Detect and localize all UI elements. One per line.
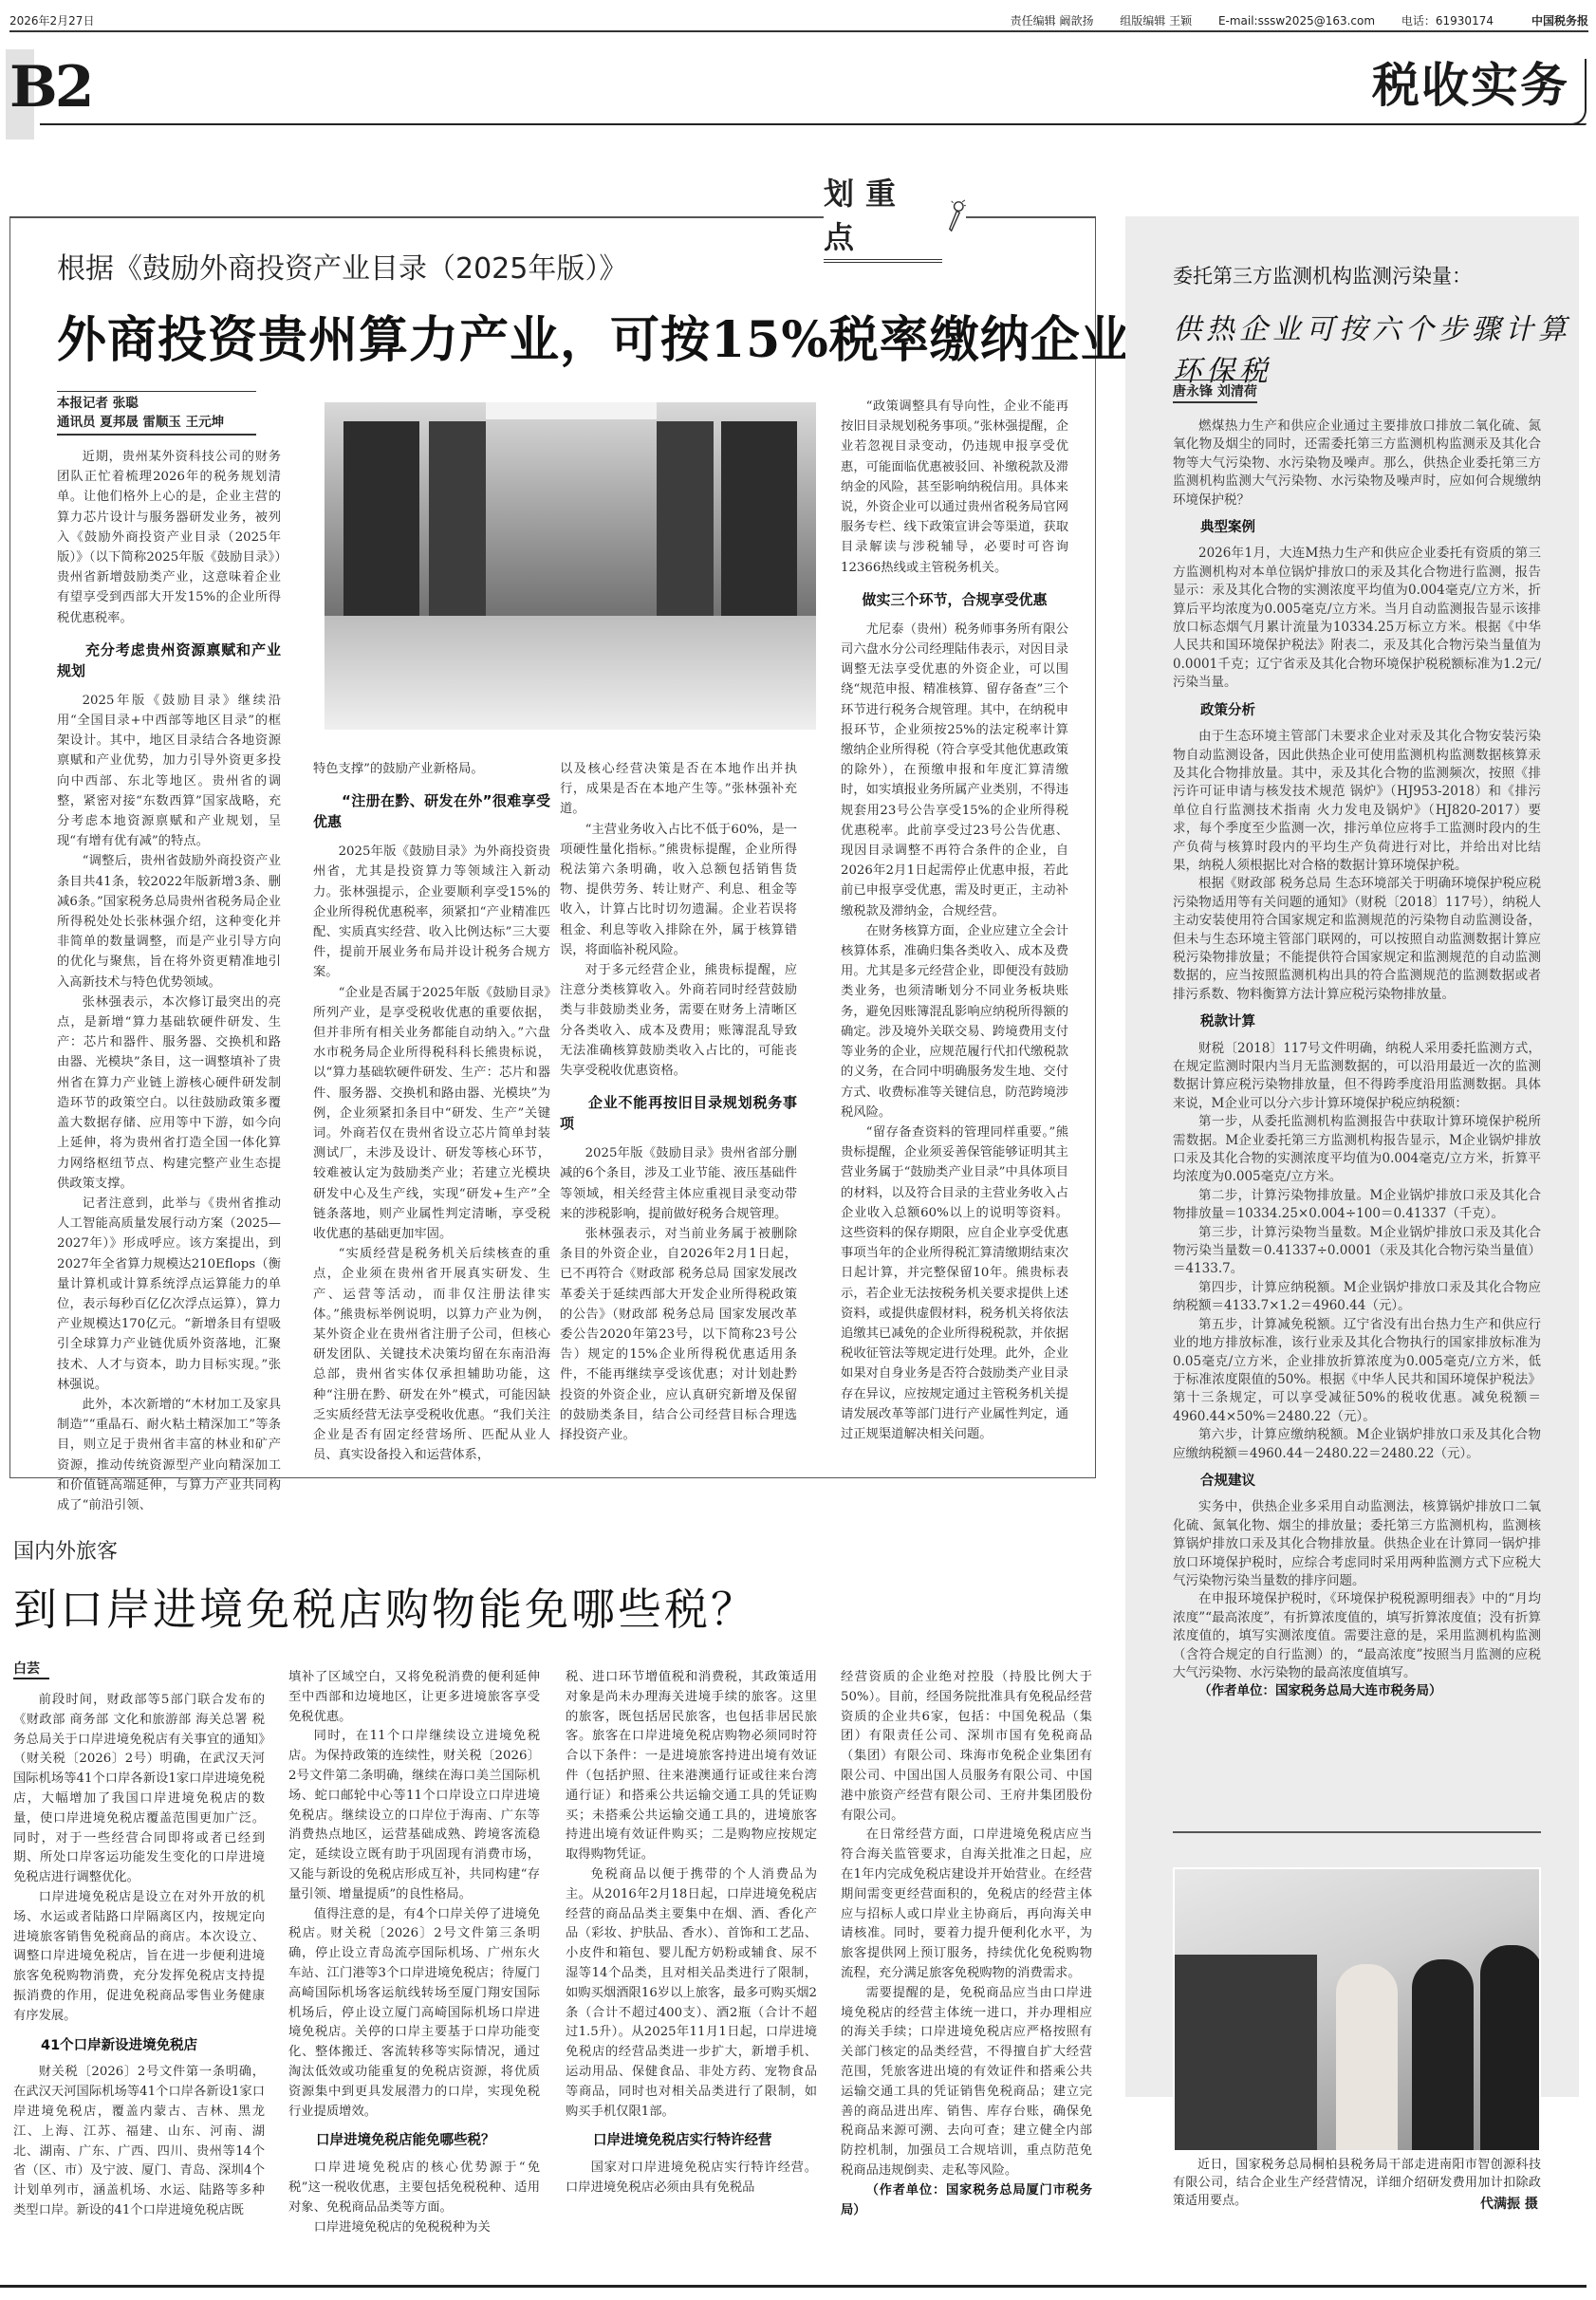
responsible-editor: 责任编辑 阚歆扬: [1011, 14, 1094, 28]
header-rule-corner: [1571, 59, 1587, 125]
sidebar-body: 燃煤热力生产和供应企业通过主要排放口排放二氧化硫、氮氧化物及烟尘的同时，还需委托…: [1173, 417, 1541, 1701]
calc-step: 第五步，计算减免税额。辽宁省没有出台热力生产和供应行业的地方排放标准，该行业汞及…: [1173, 1316, 1541, 1426]
subhead: 典型案例: [1173, 519, 1541, 537]
article1-byline: 本报记者 张聪 通讯员 夏邦晟 雷顺玉 王元坤: [57, 391, 256, 436]
calc-step: 第二步，计算污染物排放量。M企业锅炉排放口汞及其化合物排放量＝10334.25×…: [1173, 1187, 1541, 1224]
calc-step: 第四步，计算应纳税额。M企业锅炉排放口汞及其化合物应纳税额＝4133.7×1.2…: [1173, 1279, 1541, 1316]
calc-step: 第六步，计算应缴纳税额。M企业锅炉排放口汞及其化合物应缴纳税额＝4960.44－…: [1173, 1426, 1541, 1463]
subhead: 做实三个环节，合规享受优惠: [841, 589, 1068, 610]
photo-credit: 代满振 摄: [1480, 2194, 1538, 2213]
subhead: 充分考虑贵州资源禀赋和产业规划: [57, 640, 281, 681]
subhead: 企业不能再按旧目录规划税务事项: [560, 1092, 797, 1134]
author-affiliation: （作者单位：国家税务总局大连市税务局）: [1173, 1682, 1541, 1700]
article2-column-4: 经营资质的企业绝对控股（持股比例大于50%）。目前，经国务院批准具有免税品经营资…: [841, 1668, 1092, 2220]
article2-headline: 到口岸进境免税店购物能免哪些税？: [13, 1575, 757, 1638]
sidebar-kicker: 委托第三方监测机构监测污染量：: [1173, 261, 1472, 289]
pencil-icon: [946, 199, 966, 233]
section-title: 税收实务: [1372, 47, 1569, 116]
issue-date: 2026年2月27日: [9, 12, 988, 28]
page-bottom-rule: [0, 2285, 1587, 2288]
subhead: 税款计算: [1173, 1013, 1541, 1031]
subhead: 政策分析: [1173, 702, 1541, 720]
feature-badge: 划重点: [824, 188, 966, 245]
masthead-bar: 2026年2月27日 责任编辑 阚歆扬 组版编辑 王颖 E-mail:sssw2…: [9, 9, 1588, 32]
article2-byline: 白芸: [13, 1659, 49, 1679]
article2-kicker: 国内外旅客: [13, 1535, 118, 1565]
article2-column-1: 前段时间，财政部等5部门联合发布的《财政部 商务部 文化和旅游部 海关总署 税务…: [13, 1691, 265, 2221]
server-room-photo: [325, 402, 816, 730]
author-affiliation: （作者单位：国家税务总局厦门市税务局）: [841, 2181, 1092, 2221]
subhead: 41个口岸新设进境免税店: [13, 2036, 265, 2056]
header-rule: [40, 123, 1587, 125]
article1-column-2: 特色支撑”的鼓励产业新格局。 “注册在黔、研发在外”很难享受优惠 2025年版《…: [313, 759, 550, 1466]
contact-email[interactable]: E-mail:sssw2025@163.com: [1218, 14, 1375, 28]
layout-editor: 组版编辑 王颖: [1120, 14, 1192, 28]
contact-phone: 电话：61930174: [1401, 14, 1494, 28]
article2-column-3: 税、进口环节增值税和消费税，其政策适用对象是尚未办理海关进境手续的旅客。这里的旅…: [566, 1668, 817, 2198]
page-number: B2: [9, 59, 91, 116]
sidebar-title: 供热企业可按六个步骤计算环保税: [1173, 306, 1596, 389]
subhead: “注册在黔、研发在外”很难享受优惠: [313, 790, 550, 832]
sidebar-divider: [1173, 1831, 1541, 1833]
subhead: 口岸进境免税店能免哪些税？: [288, 2131, 540, 2151]
sidebar-byline: 唐永锋 刘清荷: [1173, 380, 1257, 403]
article1-kicker: 根据《鼓励外商投资产业目录（2025年版）》: [57, 245, 627, 287]
news-photo: [1173, 1867, 1541, 2152]
article2-column-2: 填补了区域空白，又将免税消费的便利延伸至中西部和边境地区，让更多进境旅客享受免税…: [288, 1668, 540, 2237]
article1-column-3: 以及核心经营决策是否在本地作出并执行，成果是否在本地产生等。”张林强补充道。 “…: [560, 759, 797, 1445]
article1-column-1: 本报记者 张聪 通讯员 夏邦晟 雷顺玉 王元坤 近期，贵州某外资科技公司的财务团…: [57, 391, 281, 1515]
calc-step: 第三步，计算污染物当量数。M企业锅炉排放口汞及其化合物污染当量数＝0.41337…: [1173, 1224, 1541, 1279]
article1-column-4: “政策调整具有导向性，企业不能再按旧目录规划税务事项。”张林强提醒，企业若忽视目…: [841, 397, 1068, 1444]
paper-name: 中国税务报: [1531, 12, 1588, 28]
calc-step: 第一步，从委托监测机构监测报告中获取计算环境保护税所需数据。M企业委托第三方监测…: [1173, 1113, 1541, 1187]
subhead: 口岸进境免税店实行特许经营: [566, 2131, 817, 2151]
feature-badge-label: 划重点: [824, 170, 942, 263]
subhead: 合规建议: [1173, 1473, 1541, 1491]
article1-headline: 外商投资贵州算力产业，可按15%税率缴纳企业所得税: [57, 300, 1282, 371]
